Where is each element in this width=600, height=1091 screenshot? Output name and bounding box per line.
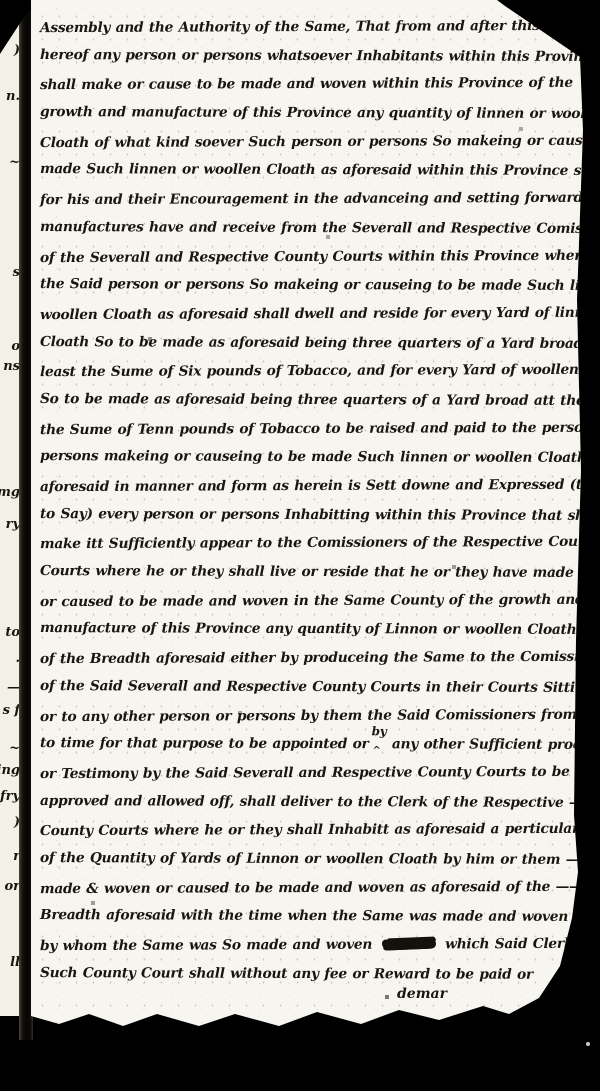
text-run: Cloath of what kind soever Such person o… (40, 132, 600, 151)
text-line: Courts where he or they shall live or re… (40, 557, 578, 588)
text-run: the Said person or persons So makeing or… (40, 276, 600, 294)
text-run: or caused to be made and woven in the Sa… (40, 592, 584, 610)
text-run: to Say) every person or persons Inhabitt… (40, 506, 600, 524)
text-line: Cloath So to be made as aforesaid being … (40, 328, 578, 359)
margin-fragment: s f (3, 704, 20, 718)
text-run: the Sume of Tenn pounds of Tobacco to be… (40, 419, 600, 438)
text-line: approved and allowed off, shall deliver … (40, 787, 578, 818)
text-line: to Say) every person or persons Inhabitt… (40, 500, 578, 531)
text-line: or to any other person or persons by the… (40, 700, 578, 731)
text-run: manufacture of this Province any quantit… (40, 620, 576, 638)
manuscript-text: Assembly and the Authority of the Same, … (40, 13, 578, 988)
text-run: make itt Sufficiently appear to the Comi… (40, 534, 600, 552)
text-line: So to be made as aforesaid being three q… (40, 385, 578, 416)
text-run: of the Severall and Respective County Co… (40, 247, 590, 265)
facing-page-edge: )n.~sonsmgryto.—s f~ingfry)rorll (0, 0, 21, 1016)
text-run: persons makeing or causeing to be made S… (40, 448, 600, 466)
text-line: of the Said Severall and Respective Coun… (40, 672, 578, 703)
text-run: by whom the Same was So made and woven (40, 937, 378, 954)
text-line: persons makeing or causeing to be made S… (40, 442, 578, 473)
catchword: demar (397, 986, 447, 1002)
text-run: to time for that purpose to be appointed… (40, 735, 369, 752)
text-line: County Courts where he or they shall Inh… (40, 815, 578, 846)
text-run: Cloath So to be made as aforesaid being … (40, 334, 600, 352)
margin-fragment: fry (0, 790, 20, 804)
ink-blot (381, 938, 435, 951)
text-line: Such County Court shall without any fee … (40, 959, 578, 990)
binding-gutter (19, 0, 33, 1040)
text-run: least the Sume of Six pounds of Tobacco,… (40, 362, 600, 381)
text-line: to time for that purpose to be appointed… (40, 729, 578, 760)
text-run: made & woven or caused to be made and wo… (40, 878, 583, 896)
text-line: manufactures have and receive from the S… (40, 213, 578, 244)
text-line: Assembly and the Authority of the Same, … (40, 12, 578, 43)
margin-fragment: mg (0, 486, 20, 500)
text-line: of the Severall and Respective County Co… (40, 241, 578, 272)
dust-speck (586, 1042, 590, 1046)
text-line: Breadth aforesaid with the time when the… (40, 901, 578, 932)
text-line: hereof any person or persons whatsoever … (40, 41, 578, 72)
text-run: of the Said Severall and Respective Coun… (40, 678, 594, 696)
margin-fragment: n. (6, 90, 20, 104)
text-line: the Said person or persons So makeing or… (40, 270, 578, 301)
text-line: or caused to be made and woven in the Sa… (40, 586, 578, 617)
text-run: manufactures have and receive from the S… (40, 219, 600, 237)
interlinear-insertion: by (372, 717, 387, 746)
text-line: or Testimony by the Said Severall and Re… (40, 758, 578, 789)
text-run: hereof any person or persons whatsoever … (40, 47, 600, 65)
text-run: So to be made as aforesaid being three q… (40, 391, 600, 409)
text-run: Such County Court shall without any fee … (40, 965, 533, 983)
text-run: County Courts where he or they shall Inh… (40, 821, 579, 839)
manuscript-page: Assembly and the Authority of the Same, … (31, 0, 585, 1036)
ink-specks (31, 0, 33, 2)
page-crease (530, 900, 578, 1020)
text-run: of the Breadth aforesaid either by produ… (40, 649, 600, 668)
text-line: of the Quantity of Yards of Linnon or wo… (40, 844, 578, 875)
text-line: growth and manufacture of this Province … (40, 98, 578, 129)
text-run: or to any other person or persons by the… (40, 706, 600, 725)
text-line: least the Sume of Six pounds of Tobacco,… (40, 356, 578, 387)
text-run: Courts where he or they shall live or re… (40, 563, 593, 581)
text-line: made & woven or caused to be made and wo… (40, 872, 578, 903)
text-line: manufacture of this Province any quantit… (40, 614, 578, 645)
margin-fragment: ns (3, 360, 20, 374)
text-line: for his and their Encouragement in the a… (40, 184, 578, 215)
text-line: make itt Sufficiently appear to the Comi… (40, 528, 578, 559)
margin-fragment: ry (6, 518, 20, 532)
text-run: which Said Clerk of — (440, 936, 600, 953)
text-line: shall make or cause to be made and woven… (40, 69, 578, 100)
text-line: woollen Cloath as aforesaid shall dwell … (40, 299, 578, 330)
margin-fragment: to (5, 626, 20, 640)
text-line: the Sume of Tenn pounds of Tobacco to be… (40, 413, 578, 444)
text-run: Breadth aforesaid with the time when the… (40, 907, 600, 925)
text-line: of the Breadth aforesaid either by produ… (40, 643, 578, 674)
text-run: aforesaid in manner and form as herein i… (40, 477, 600, 496)
text-run: of the Quantity of Yards of Linnon or wo… (40, 850, 579, 868)
text-run: or Testimony by the Said Severall and Re… (40, 764, 589, 782)
margin-fragment: ing (0, 764, 20, 778)
manuscript-scan: )n.~sonsmgryto.—s f~ingfry)rorll Assembl… (0, 0, 600, 1091)
text-run: Assembly and the Authority of the Same, … (40, 18, 600, 37)
margin-fragment: or (4, 880, 20, 894)
text-run: any other Sufficient proof (386, 736, 587, 753)
text-run: woollen Cloath as aforesaid shall dwell … (40, 305, 600, 323)
text-run: shall make or cause to be made and woven… (40, 75, 573, 93)
text-line: made Such linnen or woollen Cloath as af… (40, 155, 578, 186)
text-line: by whom the Same was So made and woven w… (40, 930, 578, 961)
text-run: growth and manufacture of this Province … (40, 104, 600, 122)
text-run: made Such linnen or woollen Cloath as af… (40, 161, 600, 179)
text-run: approved and allowed off, shall deliver … (40, 793, 583, 811)
text-line: Cloath of what kind soever Such person o… (40, 127, 578, 158)
text-line: aforesaid in manner and form as herein i… (40, 471, 578, 502)
text-run: for his and their Encouragement in the a… (40, 190, 600, 209)
